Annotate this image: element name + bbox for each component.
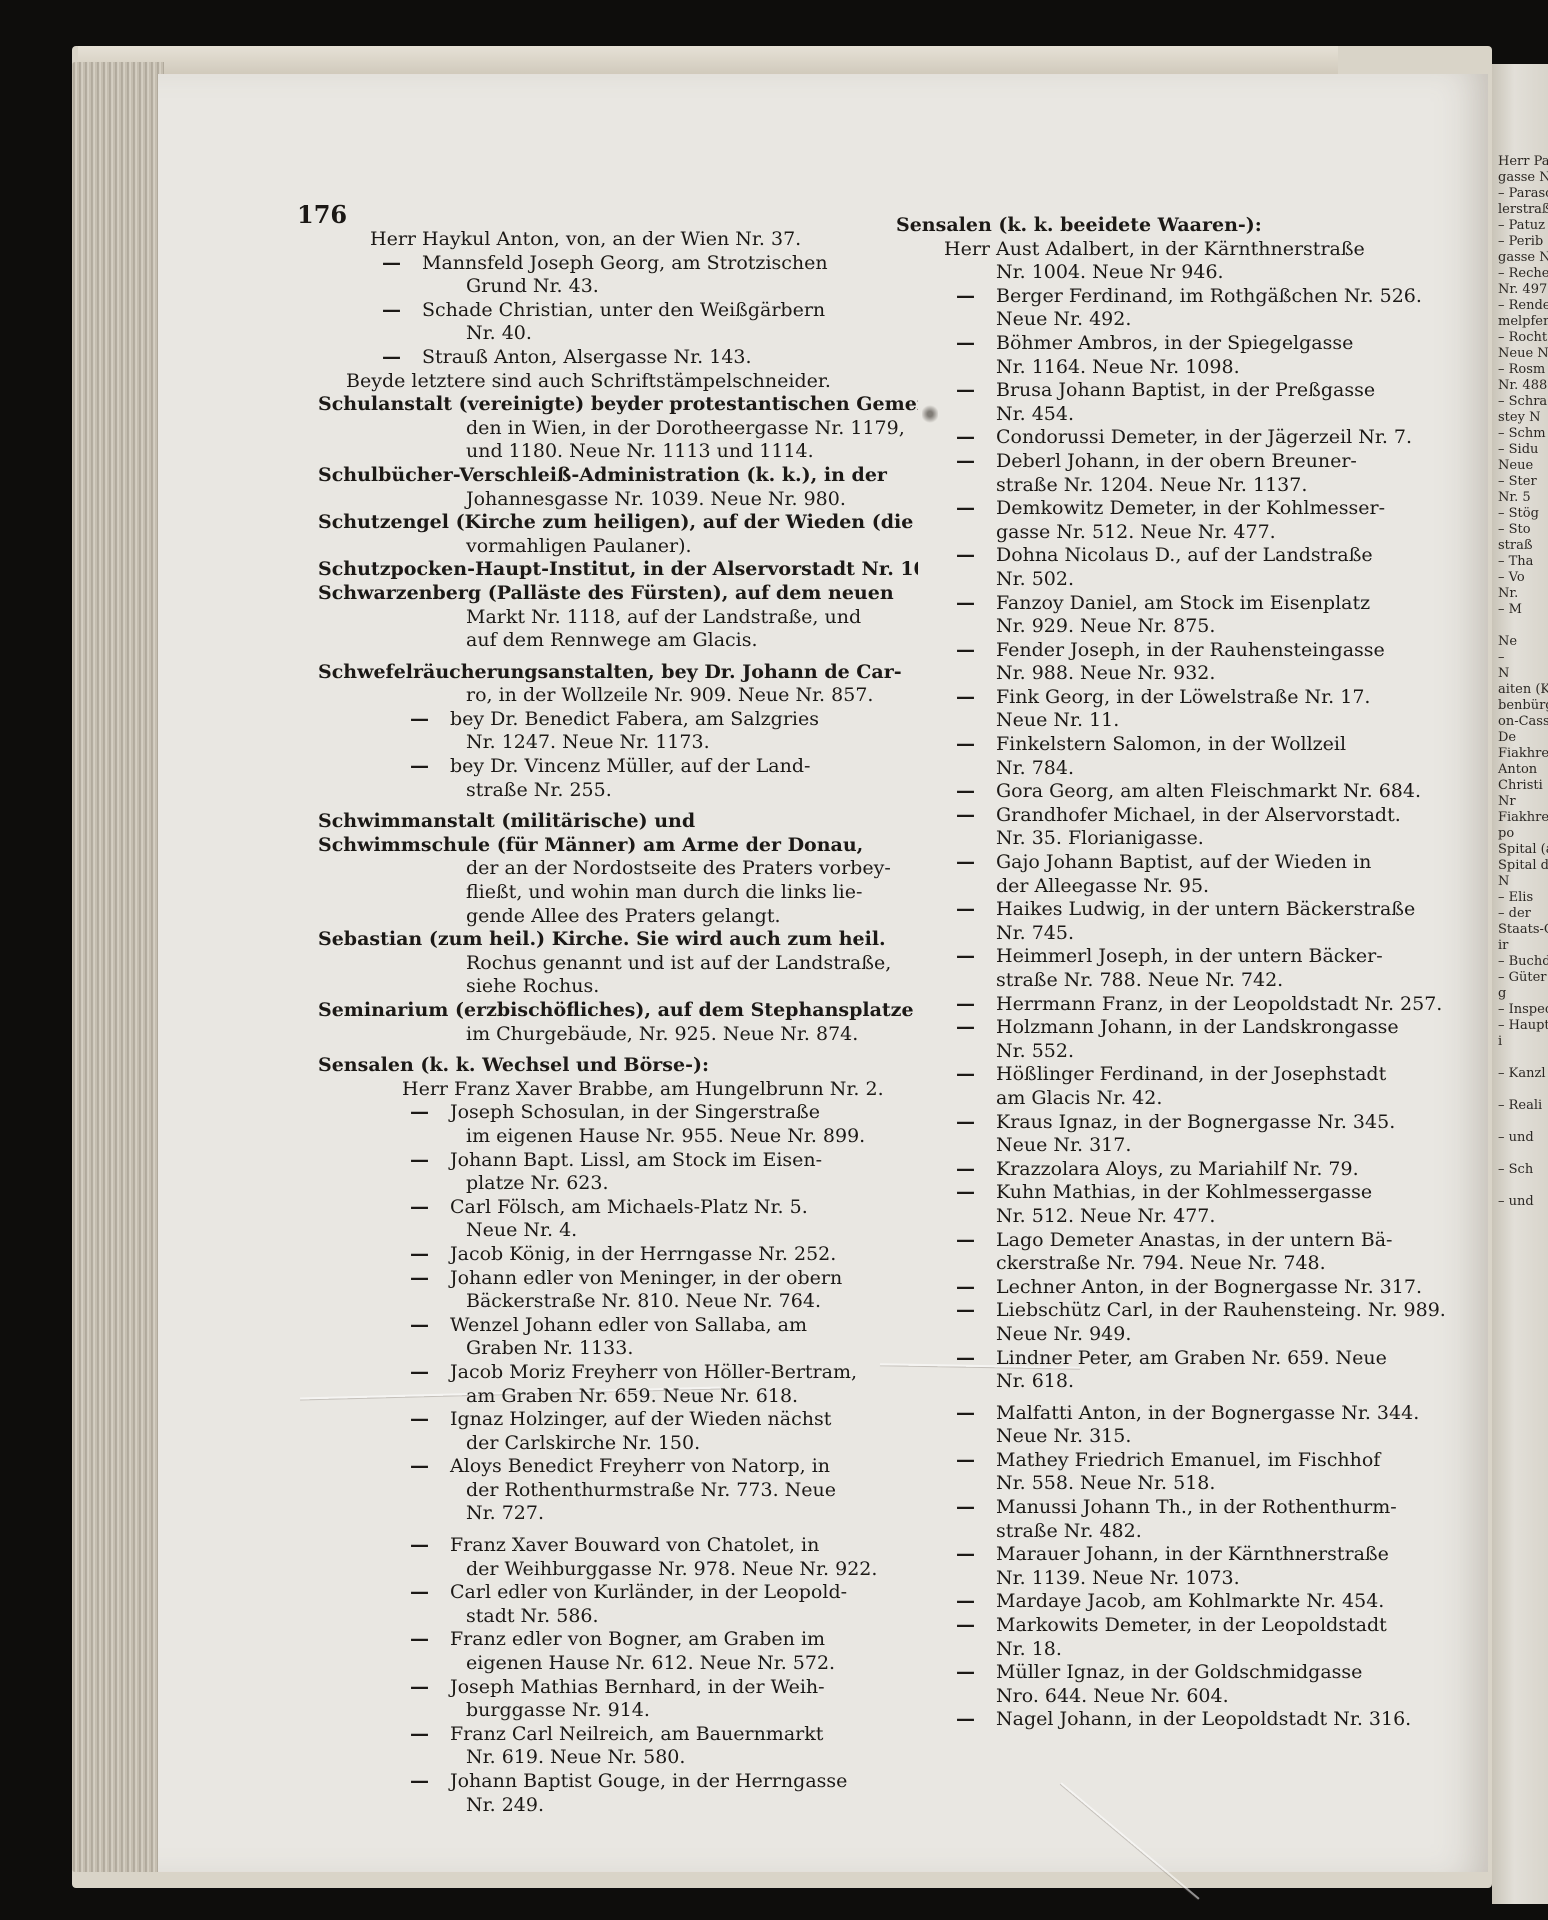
sliver-line: – und: [1498, 1194, 1548, 1210]
directory-entry: —Strauß Anton, Alsergasse Nr. 143.: [318, 346, 918, 370]
entry-line: gende Allee des Praters gelangt.: [318, 905, 918, 929]
entry-line: Nr. 784.: [896, 757, 1456, 781]
entry-line: —Jacob Moriz Freyherr von Höller-Bertram…: [318, 1361, 918, 1385]
ditto-dash: —: [956, 592, 996, 616]
ditto-dash: —: [956, 1276, 996, 1300]
entry-gap: [318, 1046, 918, 1054]
sliver-line: – Rende: [1498, 298, 1548, 314]
sliver-line: – Rosm: [1498, 362, 1548, 378]
entry-line: der Weihburggasse Nr. 978. Neue Nr. 922.: [318, 1558, 918, 1582]
entry-line: —Liebschütz Carl, in der Rauhensteing. N…: [896, 1299, 1456, 1323]
ditto-dash: —: [410, 1314, 450, 1338]
sliver-line: – Reali: [1498, 1098, 1548, 1114]
entry-line: —Mathey Friedrich Emanuel, im Fischhof: [896, 1449, 1456, 1473]
sliver-line: Fiakhren-F: [1498, 810, 1548, 826]
entry-line: —Haikes Ludwig, in der untern Bäckerstra…: [896, 898, 1456, 922]
entry-line: im Churgebäude, Nr. 925. Neue Nr. 874.: [318, 1023, 918, 1047]
ditto-dash: —: [410, 1243, 450, 1267]
book-page-edges: [72, 62, 164, 1872]
entry-line: ro, in der Wollzeile Nr. 909. Neue Nr. 8…: [318, 684, 918, 708]
entry-line: burggasse Nr. 914.: [318, 1699, 918, 1723]
entry-line: siehe Rochus.: [318, 975, 918, 999]
entry-line: der Rothenthurmstraße Nr. 773. Neue: [318, 1479, 918, 1503]
entry-line: —Fink Georg, in der Löwelstraße Nr. 17.: [896, 686, 1456, 710]
entry-line: —Johann Baptist Gouge, in der Herrngasse: [318, 1770, 918, 1794]
ditto-dash: —: [956, 686, 996, 710]
directory-entry: —Grandhofer Michael, in der Alservorstad…: [896, 804, 1456, 851]
directory-entry: —Condorussi Demeter, in der Jägerzeil Nr…: [896, 426, 1456, 450]
directory-entry: —Berger Ferdinand, im Rothgäßchen Nr. 52…: [896, 285, 1456, 332]
entry-line: —Lago Demeter Anastas, in der untern Bä-: [896, 1229, 1456, 1253]
entry-line: Nr. 619. Neue Nr. 580.: [318, 1746, 918, 1770]
entry-line: Schulbücher-Verschleiß-Administration (k…: [318, 464, 918, 488]
entry-line: der an der Nordostseite des Praters vorb…: [318, 857, 918, 881]
directory-entry: Sensalen (k. k. Wechsel und Börse-):: [318, 1054, 918, 1078]
directory-entry: —Johann Baptist Gouge, in der Herrngasse…: [318, 1770, 918, 1817]
entry-gap: [896, 1394, 1456, 1402]
entry-line: den in Wien, in der Dorotheergasse Nr. 1…: [318, 417, 918, 441]
directory-entry: —Demkowitz Demeter, in der Kohlmesser-ga…: [896, 497, 1456, 544]
directory-entry: —Malfatti Anton, in der Bognergasse Nr. …: [896, 1402, 1456, 1449]
entry-line: Nr. 552.: [896, 1040, 1456, 1064]
ditto-dash: —: [956, 1181, 996, 1205]
entry-line: —Johann edler von Meninger, in der obern: [318, 1267, 918, 1291]
entry-line: —Strauß Anton, Alsergasse Nr. 143.: [318, 346, 918, 370]
entry-line: vormahligen Paulaner).: [318, 535, 918, 559]
directory-entry: Sensalen (k. k. beeidete Waaren-):: [896, 214, 1456, 238]
directory-entry: —Finkelstern Salomon, in der WollzeilNr.…: [896, 733, 1456, 780]
sliver-line: [1498, 1082, 1548, 1098]
ditto-dash: —: [956, 1158, 996, 1182]
ditto-dash: —: [956, 426, 996, 450]
directory-entry: —Marauer Johann, in der KärnthnerstraßeN…: [896, 1543, 1456, 1590]
sliver-line: – Stög: [1498, 506, 1548, 522]
directory-entry: —Holzmann Johann, in der LandskrongasseN…: [896, 1016, 1456, 1063]
sliver-line: Nr. 488: [1498, 378, 1548, 394]
ditto-dash: —: [410, 1581, 450, 1605]
directory-entry: —Brusa Johann Baptist, in der PreßgasseN…: [896, 379, 1456, 426]
entry-line: Johannesgasse Nr. 1039. Neue Nr. 980.: [318, 488, 918, 512]
directory-entry: —Fender Joseph, in der RauhensteingasseN…: [896, 639, 1456, 686]
ditto-dash: —: [410, 1101, 450, 1125]
directory-entry: —Deberl Johann, in der obern Breuner-str…: [896, 450, 1456, 497]
ditto-dash: —: [956, 1111, 996, 1135]
entry-line: auf dem Rennwege am Glacis.: [318, 629, 918, 653]
sliver-line: – Kanzl: [1498, 1066, 1548, 1082]
entry-line: —Kuhn Mathias, in der Kohlmessergasse: [896, 1181, 1456, 1205]
directory-entry: —bey Dr. Vincenz Müller, auf der Land-st…: [318, 755, 918, 802]
sliver-line: aiten (Kir: [1498, 682, 1548, 698]
entry-line: Neue Nr. 949.: [896, 1323, 1456, 1347]
sliver-line: – Parasc: [1498, 186, 1548, 202]
ditto-dash: —: [956, 450, 996, 474]
entry-line: —Aloys Benedict Freyherr von Natorp, in: [318, 1455, 918, 1479]
entry-line: Beyde letztere sind auch Schriftstämpels…: [318, 370, 918, 394]
directory-entry: —Mathey Friedrich Emanuel, im FischhofNr…: [896, 1449, 1456, 1496]
ditto-dash: —: [382, 299, 422, 323]
directory-entry: Schutzpocken-Haupt-Institut, in der Alse…: [318, 558, 918, 582]
sliver-line: [1498, 1114, 1548, 1130]
directory-entry: Herr Aust Adalbert, in der Kärnthnerstra…: [896, 238, 1456, 285]
entry-line: Nr. 249.: [318, 1794, 918, 1818]
directory-entry: Schwimmschule (für Männer) am Arme der D…: [318, 834, 918, 928]
sliver-line: [1498, 1146, 1548, 1162]
entry-line: —Fanzoy Daniel, am Stock im Eisenplatz: [896, 592, 1456, 616]
entry-line: —Berger Ferdinand, im Rothgäßchen Nr. 52…: [896, 285, 1456, 309]
ditto-dash: —: [956, 1063, 996, 1087]
entry-line: Nr. 618.: [896, 1370, 1456, 1394]
ditto-dash: —: [956, 332, 996, 356]
entry-line: —Joseph Schosulan, in der Singerstraße: [318, 1101, 918, 1125]
directory-entry: Schulbücher-Verschleiß-Administration (k…: [318, 464, 918, 511]
entry-line: Schutzpocken-Haupt-Institut, in der Alse…: [318, 558, 918, 582]
sliver-line: De: [1498, 730, 1548, 746]
sliver-line: – Elis: [1498, 890, 1548, 906]
sliver-line: on-Casse (: [1498, 714, 1548, 730]
directory-entry: —Carl Fölsch, am Michaels-Platz Nr. 5.Ne…: [318, 1196, 918, 1243]
entry-line: Herr Haykul Anton, von, an der Wien Nr. …: [318, 228, 918, 252]
entry-line: —Condorussi Demeter, in der Jägerzeil Nr…: [896, 426, 1456, 450]
sliver-line: –: [1498, 650, 1548, 666]
entry-line: straße Nr. 1204. Neue Nr. 1137.: [896, 474, 1456, 498]
sliver-line: – und: [1498, 1130, 1548, 1146]
ditto-dash: —: [956, 544, 996, 568]
ditto-dash: —: [410, 1455, 450, 1479]
sliver-line: benbürgisch: [1498, 698, 1548, 714]
sliver-line: – Patuz: [1498, 218, 1548, 234]
directory-entry: —Hößlinger Ferdinand, in der Josephstadt…: [896, 1063, 1456, 1110]
sliver-line: melpfen: [1498, 314, 1548, 330]
sliver-line: Nr. 497: [1498, 282, 1548, 298]
entry-line: —Franz edler von Bogner, am Graben im: [318, 1628, 918, 1652]
directory-entry: —Joseph Mathias Bernhard, in der Weih-bu…: [318, 1676, 918, 1723]
ditto-dash: —: [410, 1723, 450, 1747]
directory-entry: —Mannsfeld Joseph Georg, am Strotzischen…: [318, 252, 918, 299]
entry-line: Nr. 1247. Neue Nr. 1173.: [318, 731, 918, 755]
ditto-dash: —: [956, 898, 996, 922]
entry-line: Neue Nr. 4.: [318, 1219, 918, 1243]
directory-entry: —Franz Carl Neilreich, am BauernmarktNr.…: [318, 1723, 918, 1770]
directory-entry: Schutzengel (Kirche zum heiligen), auf d…: [318, 511, 918, 558]
ditto-dash: —: [956, 1229, 996, 1253]
entry-line: —Herrmann Franz, in der Leopoldstadt Nr.…: [896, 993, 1456, 1017]
entry-line: am Graben Nr. 659. Neue Nr. 618.: [318, 1385, 918, 1409]
directory-entry: —Kraus Ignaz, in der Bognergasse Nr. 345…: [896, 1111, 1456, 1158]
entry-line: der Alleegasse Nr. 95.: [896, 875, 1456, 899]
entry-line: —Müller Ignaz, in der Goldschmidgasse: [896, 1661, 1456, 1685]
ditto-dash: —: [410, 1149, 450, 1173]
sliver-line: – Schm: [1498, 426, 1548, 442]
sliver-line: i: [1498, 1034, 1548, 1050]
sliver-line: Neue: [1498, 458, 1548, 474]
entry-line: —Joseph Mathias Bernhard, in der Weih-: [318, 1676, 918, 1700]
directory-entry: Seminarium (erzbischöfliches), auf dem S…: [318, 999, 918, 1046]
entry-line: —Demkowitz Demeter, in der Kohlmesser-: [896, 497, 1456, 521]
entry-line: —Jacob König, in der Herrngasse Nr. 252.: [318, 1243, 918, 1267]
sliver-line: – Perib: [1498, 234, 1548, 250]
sliver-line: – der: [1498, 906, 1548, 922]
sliver-line: Ne: [1498, 634, 1548, 650]
directory-entry: —Dohna Nicolaus D., auf der LandstraßeNr…: [896, 544, 1456, 591]
entry-line: —Deberl Johann, in der obern Breuner-: [896, 450, 1456, 474]
ditto-dash: —: [956, 1402, 996, 1426]
sliver-line: straß: [1498, 538, 1548, 554]
entry-line: Schwefelräucherungsanstalten, bey Dr. Jo…: [318, 661, 918, 685]
sliver-line: stey N: [1498, 410, 1548, 426]
entry-line: Nr. 1164. Neue Nr. 1098.: [896, 356, 1456, 380]
ditto-dash: —: [410, 1408, 450, 1432]
entry-line: Nr. 1139. Neue Nr. 1073.: [896, 1567, 1456, 1591]
sliver-line: Nr. 5: [1498, 490, 1548, 506]
entry-line: Nr. 929. Neue Nr. 875.: [896, 615, 1456, 639]
entry-line: —Finkelstern Salomon, in der Wollzeil: [896, 733, 1456, 757]
entry-line: —Ignaz Holzinger, auf der Wieden nächst: [318, 1408, 918, 1432]
directory-entry: Schwimmanstalt (militärische) und: [318, 810, 918, 834]
directory-entry: Herr Franz Xaver Brabbe, am Hungelbrunn …: [318, 1078, 918, 1102]
sliver-line: lerstraß: [1498, 202, 1548, 218]
directory-entry: Schwarzenberg (Palläste des Fürsten), au…: [318, 582, 918, 653]
entry-line: Bäckerstraße Nr. 810. Neue Nr. 764.: [318, 1290, 918, 1314]
entry-line: Sensalen (k. k. beeidete Waaren-):: [896, 214, 1456, 238]
sliver-line: gasse N: [1498, 250, 1548, 266]
entry-line: —Markowits Demeter, in der Leopoldstadt: [896, 1614, 1456, 1638]
ditto-dash: —: [956, 379, 996, 403]
directory-entry: —Liebschütz Carl, in der Rauhensteing. N…: [896, 1299, 1456, 1346]
directory-entry: —Markowits Demeter, in der LeopoldstadtN…: [896, 1614, 1456, 1661]
directory-entry: Schulanstalt (vereinigte) beyder protest…: [318, 393, 918, 464]
ditto-dash: —: [410, 1534, 450, 1558]
sliver-line: ir: [1498, 938, 1548, 954]
sliver-line: Fiakhrenma: [1498, 746, 1548, 762]
ditto-dash: —: [956, 1449, 996, 1473]
directory-entry: —Joseph Schosulan, in der Singerstraßeim…: [318, 1101, 918, 1148]
directory-entry: —Krazzolara Aloys, zu Mariahilf Nr. 79.: [896, 1158, 1456, 1182]
entry-line: —Böhmer Ambros, in der Spiegelgasse: [896, 332, 1456, 356]
entry-line: Nro. 644. Neue Nr. 604.: [896, 1685, 1456, 1709]
sliver-line: Staats-Credi: [1498, 922, 1548, 938]
entry-line: —Brusa Johann Baptist, in der Preßgasse: [896, 379, 1456, 403]
entry-line: Nr. 727.: [318, 1502, 918, 1526]
entry-line: ckerstraße Nr. 794. Neue Nr. 748.: [896, 1252, 1456, 1276]
sliver-line: Christi: [1498, 778, 1548, 794]
sliver-line: [1498, 1050, 1548, 1066]
entry-line: Sebastian (zum heil.) Kirche. Sie wird a…: [318, 928, 918, 952]
entry-line: —Johann Bapt. Lissl, am Stock im Eisen-: [318, 1149, 918, 1173]
entry-line: Nr. 558. Neue Nr. 518.: [896, 1472, 1456, 1496]
entry-line: Herr Franz Xaver Brabbe, am Hungelbrunn …: [318, 1078, 918, 1102]
entry-line: —Nagel Johann, in der Leopoldstadt Nr. 3…: [896, 1708, 1456, 1732]
entry-line: —Manussi Johann Th., in der Rothenthurm-: [896, 1496, 1456, 1520]
ditto-dash: —: [410, 1267, 450, 1291]
sliver-line: Spital (allgem: [1498, 842, 1548, 858]
entry-line: —Carl Fölsch, am Michaels-Platz Nr. 5.: [318, 1196, 918, 1220]
entry-line: —Franz Xaver Bouward von Chatolet, in: [318, 1534, 918, 1558]
directory-entry: —Lechner Anton, in der Bognergasse Nr. 3…: [896, 1276, 1456, 1300]
directory-entry: —Lago Demeter Anastas, in der untern Bä-…: [896, 1229, 1456, 1276]
sliver-line: – Tha: [1498, 554, 1548, 570]
left-column: Herr Haykul Anton, von, an der Wien Nr. …: [318, 228, 918, 1817]
entry-line: —Heimmerl Joseph, in der untern Bäcker-: [896, 945, 1456, 969]
sliver-line: Neue N: [1498, 346, 1548, 362]
ditto-dash: —: [410, 1770, 450, 1794]
directory-entry: —Heimmerl Joseph, in der untern Bäcker-s…: [896, 945, 1456, 992]
directory-entry: —Herrmann Franz, in der Leopoldstadt Nr.…: [896, 993, 1456, 1017]
entry-line: der Carlskirche Nr. 150.: [318, 1432, 918, 1456]
book-top-edge: [78, 46, 1338, 76]
entry-line: —Fender Joseph, in der Rauhensteingasse: [896, 639, 1456, 663]
sliver-line: – Inspect: [1498, 1002, 1548, 1018]
directory-entry: —Gajo Johann Baptist, auf der Wieden ind…: [896, 851, 1456, 898]
directory-entry: —bey Dr. Benedict Fabera, am SalzgriesNr…: [318, 708, 918, 755]
sliver-line: – Buchdr: [1498, 954, 1548, 970]
entry-line: Schwimmschule (für Männer) am Arme der D…: [318, 834, 918, 858]
ditto-dash: —: [956, 1347, 996, 1371]
entry-line: —Kraus Ignaz, in der Bognergasse Nr. 345…: [896, 1111, 1456, 1135]
entry-line: —bey Dr. Benedict Fabera, am Salzgries: [318, 708, 918, 732]
entry-line: Nr. 988. Neue Nr. 932.: [896, 662, 1456, 686]
entry-line: Schwarzenberg (Palläste des Fürsten), au…: [318, 582, 918, 606]
entry-line: Nr. 1004. Neue Nr 946.: [896, 261, 1456, 285]
ditto-dash: —: [956, 1661, 996, 1685]
directory-entry: —Fink Georg, in der Löwelstraße Nr. 17.N…: [896, 686, 1456, 733]
ditto-dash: —: [956, 497, 996, 521]
ditto-dash: —: [956, 1590, 996, 1614]
entry-line: —Gajo Johann Baptist, auf der Wieden in: [896, 851, 1456, 875]
ditto-dash: —: [956, 780, 996, 804]
ditto-dash: —: [382, 252, 422, 276]
directory-entry: Beyde letztere sind auch Schriftstämpels…: [318, 370, 918, 394]
sliver-line: – Sto: [1498, 522, 1548, 538]
entry-gap: [318, 653, 918, 661]
entry-line: Neue Nr. 317.: [896, 1134, 1456, 1158]
entry-line: Seminarium (erzbischöfliches), auf dem S…: [318, 999, 918, 1023]
entry-line: Nr. 512. Neue Nr. 477.: [896, 1205, 1456, 1229]
directory-entry: —Haikes Ludwig, in der untern Bäckerstra…: [896, 898, 1456, 945]
entry-line: straße Nr. 255.: [318, 779, 918, 803]
sliver-line: Nr: [1498, 794, 1548, 810]
entry-line: fließt, und wohin man durch die links li…: [318, 881, 918, 905]
entry-line: am Glacis Nr. 42.: [896, 1087, 1456, 1111]
ditto-dash: —: [956, 1299, 996, 1323]
directory-entry: —Johann edler von Meninger, in der obern…: [318, 1267, 918, 1314]
next-page-partial-text: Herr Pankegasse N– Parasclerstraß– Patuz…: [1498, 154, 1548, 1210]
entry-line: Schulanstalt (vereinigte) beyder protest…: [318, 393, 918, 417]
directory-entry: —Franz Xaver Bouward von Chatolet, inder…: [318, 1534, 918, 1581]
entry-line: —bey Dr. Vincenz Müller, auf der Land-: [318, 755, 918, 779]
sliver-line: g: [1498, 986, 1548, 1002]
sliver-line: – Sch: [1498, 1162, 1548, 1178]
entry-line: Schutzengel (Kirche zum heiligen), auf d…: [318, 511, 918, 535]
entry-line: Nr. 454.: [896, 403, 1456, 427]
directory-entry: —Müller Ignaz, in der GoldschmidgasseNro…: [896, 1661, 1456, 1708]
entry-line: Graben Nr. 1133.: [318, 1337, 918, 1361]
entry-line: Herr Aust Adalbert, in der Kärnthnerstra…: [896, 238, 1456, 262]
sliver-line: – Ster: [1498, 474, 1548, 490]
entry-line: gasse Nr. 512. Neue Nr. 477.: [896, 521, 1456, 545]
directory-entry: —Lindner Peter, am Graben Nr. 659. NeueN…: [896, 1347, 1456, 1394]
directory-entry: —Nagel Johann, in der Leopoldstadt Nr. 3…: [896, 1708, 1456, 1732]
sliver-line: – Güter: [1498, 970, 1548, 986]
directory-entry: —Wenzel Johann edler von Sallaba, amGrab…: [318, 1314, 918, 1361]
directory-entry: Herr Haykul Anton, von, an der Wien Nr. …: [318, 228, 918, 252]
right-column: Sensalen (k. k. beeidete Waaren-):Herr A…: [896, 214, 1456, 1732]
ditto-dash: —: [382, 346, 422, 370]
entry-line: Sensalen (k. k. Wechsel und Börse-):: [318, 1054, 918, 1078]
directory-entry: —Ignaz Holzinger, auf der Wieden nächstd…: [318, 1408, 918, 1455]
entry-line: —Gora Georg, am alten Fleischmarkt Nr. 6…: [896, 780, 1456, 804]
entry-line: —Mannsfeld Joseph Georg, am Strotzischen: [318, 252, 918, 276]
entry-line: platze Nr. 623.: [318, 1172, 918, 1196]
entry-gap: [318, 1526, 918, 1534]
ditto-dash: —: [956, 1016, 996, 1040]
entry-line: —Wenzel Johann edler von Sallaba, am: [318, 1314, 918, 1338]
ditto-dash: —: [410, 1628, 450, 1652]
entry-line: —Holzmann Johann, in der Landskrongasse: [896, 1016, 1456, 1040]
directory-entry: Sebastian (zum heil.) Kirche. Sie wird a…: [318, 928, 918, 999]
ditto-dash: —: [410, 755, 450, 779]
ditto-dash: —: [956, 1496, 996, 1520]
directory-entry: —Böhmer Ambros, in der SpiegelgasseNr. 1…: [896, 332, 1456, 379]
directory-entry: —Schade Christian, unter den Weißgärbern…: [318, 299, 918, 346]
entry-line: —Krazzolara Aloys, zu Mariahilf Nr. 79.: [896, 1158, 1456, 1182]
ditto-dash: —: [410, 1196, 450, 1220]
entry-line: Nr. 35. Florianigasse.: [896, 827, 1456, 851]
sliver-line: po: [1498, 826, 1548, 842]
ditto-dash: —: [410, 1361, 450, 1385]
entry-line: Neue Nr. 11.: [896, 709, 1456, 733]
ditto-dash: —: [956, 945, 996, 969]
sliver-line: Anton: [1498, 762, 1548, 778]
directory-entry: —Mardaye Jacob, am Kohlmarkte Nr. 454.: [896, 1590, 1456, 1614]
entry-line: Neue Nr. 492.: [896, 308, 1456, 332]
directory-entry: —Kuhn Mathias, in der KohlmessergasseNr.…: [896, 1181, 1456, 1228]
directory-entry: Schwefelräucherungsanstalten, bey Dr. Jo…: [318, 661, 918, 708]
sliver-line: – Haupt: [1498, 1018, 1548, 1034]
entry-line: Schwimmanstalt (militärische) und: [318, 810, 918, 834]
entry-line: —Grandhofer Michael, in der Alservorstad…: [896, 804, 1456, 828]
directory-entry: —Jacob König, in der Herrngasse Nr. 252.: [318, 1243, 918, 1267]
entry-line: im eigenen Hause Nr. 955. Neue Nr. 899.: [318, 1125, 918, 1149]
entry-line: straße Nr. 482.: [896, 1520, 1456, 1544]
sliver-line: N: [1498, 874, 1548, 890]
entry-line: und 1180. Neue Nr. 1113 und 1114.: [318, 440, 918, 464]
entry-line: —Franz Carl Neilreich, am Bauernmarkt: [318, 1723, 918, 1747]
directory-entry: —Aloys Benedict Freyherr von Natorp, ind…: [318, 1455, 918, 1526]
entry-line: —Carl edler von Kurländer, in der Leopol…: [318, 1581, 918, 1605]
ditto-dash: —: [956, 1614, 996, 1638]
entry-line: straße Nr. 788. Neue Nr. 742.: [896, 969, 1456, 993]
sliver-line: Herr Panke: [1498, 154, 1548, 170]
sliver-line: gasse N: [1498, 170, 1548, 186]
sliver-line: – M: [1498, 602, 1548, 618]
entry-line: —Lindner Peter, am Graben Nr. 659. Neue: [896, 1347, 1456, 1371]
directory-entry: —Johann Bapt. Lissl, am Stock im Eisen-p…: [318, 1149, 918, 1196]
ditto-dash: —: [956, 851, 996, 875]
entry-line: stadt Nr. 586.: [318, 1605, 918, 1629]
sliver-line: N: [1498, 666, 1548, 682]
directory-entry: —Gora Georg, am alten Fleischmarkt Nr. 6…: [896, 780, 1456, 804]
entry-line: —Dohna Nicolaus D., auf der Landstraße: [896, 544, 1456, 568]
entry-line: eigenen Hause Nr. 612. Neue Nr. 572.: [318, 1652, 918, 1676]
sliver-line: Nr.: [1498, 586, 1548, 602]
directory-entry: —Fanzoy Daniel, am Stock im EisenplatzNr…: [896, 592, 1456, 639]
entry-line: —Marauer Johann, in der Kärnthnerstraße: [896, 1543, 1456, 1567]
sliver-line: Spital der ba: [1498, 858, 1548, 874]
entry-line: Nr. 40.: [318, 322, 918, 346]
entry-line: Rochus genannt und ist auf der Landstraß…: [318, 952, 918, 976]
directory-entry: —Manussi Johann Th., in der Rothenthurm-…: [896, 1496, 1456, 1543]
directory-entry: —Carl edler von Kurländer, in der Leopol…: [318, 1581, 918, 1628]
